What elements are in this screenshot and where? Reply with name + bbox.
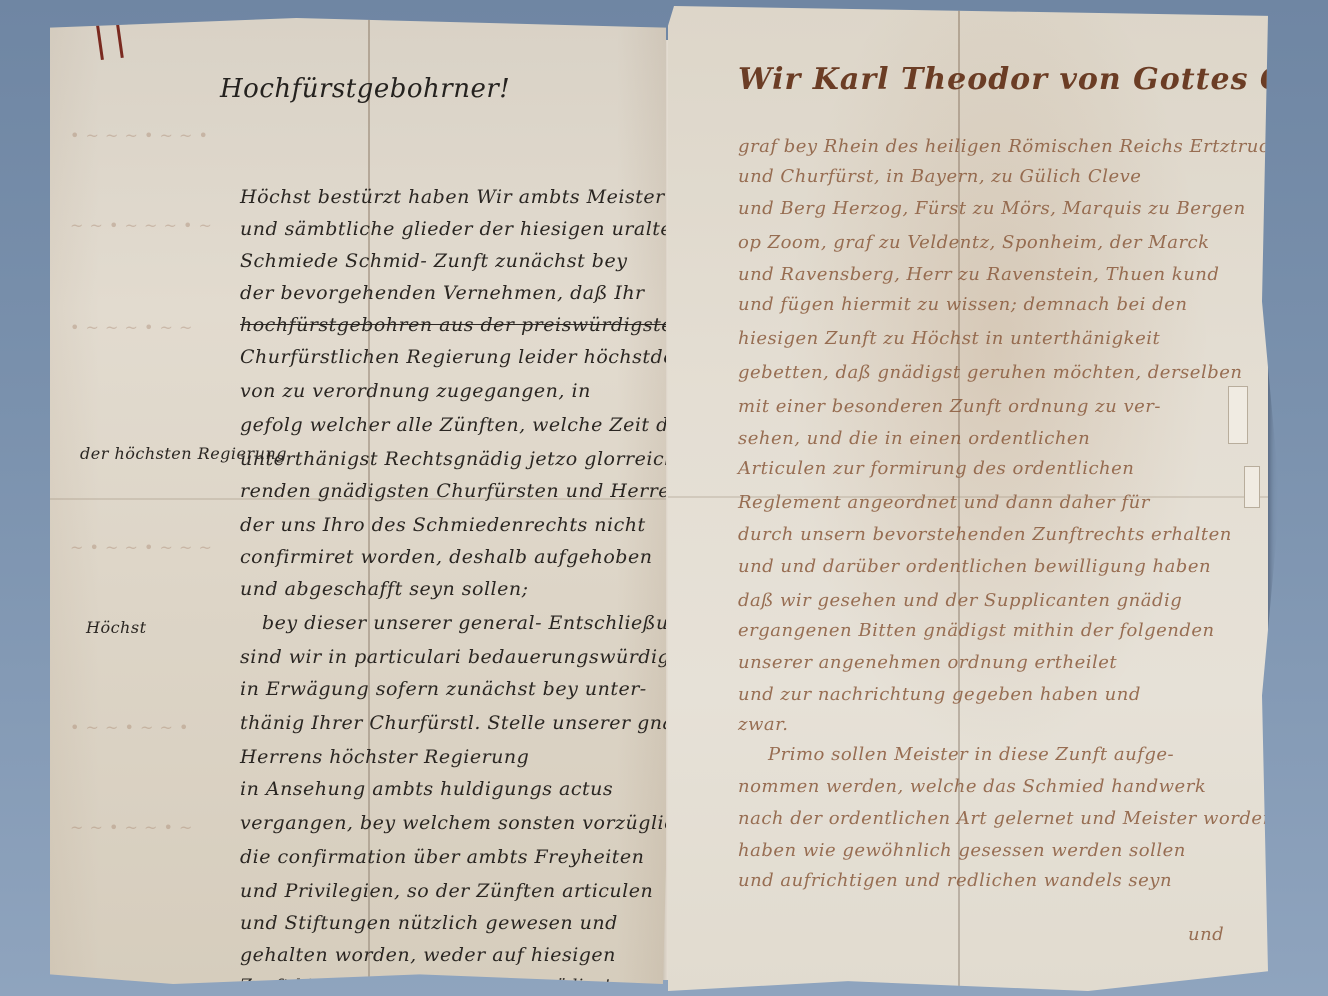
text-line-struck: hochfürstgebohren aus der preiswürdigste… [240,314,686,336]
text-line: hiesigen Zunft zu Höchst in unterthänigk… [738,328,1160,349]
text-line: und und darüber ordentlichen bewilligung… [738,556,1211,577]
text-line: Articulen zur formirung des ordentlichen [738,458,1134,479]
text-line: daß wir gesehen und der Supplicanten gnä… [738,590,1182,611]
margin-note: der höchsten Regierung [80,444,287,463]
text-line: und fügen hiermit zu wissen; demnach bei… [738,294,1187,315]
text-line: confirmiret worden, deshalb aufgehoben [240,546,652,568]
torn-paper-flap [1228,386,1248,444]
text-line: sehen, und die in einen ordentlichen [738,428,1090,449]
text-line: und Ravensberg, Herr zu Ravenstein, Thue… [738,264,1219,285]
text-line: und aufrichtigen und redlichen wandels s… [738,870,1172,891]
catchword: und [1188,924,1224,945]
document-heading: Wir Karl Theodor von Gottes Gnaden Pfalt… [738,62,1328,97]
text-line: graf bey Rhein des heiligen Römischen Re… [738,136,1322,157]
text-line: und Stiftungen nützlich gewesen und [240,912,618,934]
torn-paper-flap [1244,466,1260,508]
text-line: nach der ordentlichen Art gelernet und M… [738,808,1275,829]
text-line: nommen werden, welche das Schmied handwe… [738,776,1206,797]
text-line: der bevorgehenden Vernehmen, daß Ihr [240,282,645,304]
text-line: gehalten worden, weder auf hiesigen [240,944,616,966]
text-line: die confirmation über ambts Freyheiten [240,846,644,868]
text-line: und sämbtliche glieder der hiesigen ural… [240,218,685,240]
text-line: und Berg Herzog, Fürst zu Mörs, Marquis … [738,198,1246,219]
text-line: in Erwägung sofern zunächst bey unter- [240,678,647,700]
text-line: zwar. [738,714,788,735]
left-document-page: Hochfürstgebohrner! • ~ ~ ~ • ~ ~ • ~ ~ … [50,18,666,984]
text-line: und Privilegien, so der Zünften articule… [240,880,653,902]
text-line: Schmiede Schmid- Zunft zunächst bey [240,250,627,272]
text-line: Primo sollen Meister in diese Zunft aufg… [768,744,1174,765]
text-line: Reglement angeordnet und dann daher für [738,492,1150,513]
right-document-page: Wir Karl Theodor von Gottes Gnaden Pfalt… [668,6,1268,991]
text-line: und abgeschafft seyn sollen; [240,578,529,600]
text-line: Churfürstlichen Regierung leider höchstd… [240,346,696,368]
bleed-through-text: ~ ~ • ~ ~ ~ • ~ [70,216,212,235]
text-line: gebetten, daß gnädigst geruhen möchten, … [738,362,1242,383]
bleed-through-text: • ~ ~ ~ • ~ ~ • [70,126,208,145]
red-ink-mark [95,18,104,60]
margin-note: Höchst [86,618,147,637]
salutation: Hochfürstgebohrner! [220,74,510,104]
bleed-through-text: ~ • ~ ~ • ~ ~ ~ [70,538,212,557]
text-line: von zu verordnung zugegangen, in [240,380,591,402]
text-line: in Ansehung ambts huldigungs actus [240,778,613,800]
text-line: und zur nachrichtung gegeben haben und [738,684,1141,705]
text-line: gefolg welcher alle Zünften, welche Zeit… [240,414,690,436]
text-line: unserer angenehmen ordnung ertheilet [738,652,1117,673]
text-line: op Zoom, graf zu Veldentz, Sponheim, der… [738,232,1210,253]
text-line: der uns Ihro des Schmiedenrechts nicht [240,514,646,536]
text-line: vergangen, bey welchem sonsten vorzüglic… [240,812,688,834]
bleed-through-text: ~ ~ • ~ ~ • ~ [70,818,193,837]
text-line: sind wir in particulari bedauerungswürdi… [240,646,670,668]
text-line: Herrens höchster Regierung [240,746,529,768]
text-line: durch unsern bevorstehenden Zunftrechts … [738,524,1232,545]
text-line: ergangenen Bitten gnädigst mithin der fo… [738,620,1215,641]
bleed-through-text: • ~ ~ ~ • ~ ~ [70,318,193,337]
text-line: haben wie gewöhnlich gesessen werden sol… [738,840,1186,861]
text-line: und Churfürst, in Bayern, zu Gülich Clev… [738,166,1141,187]
text-line: Zunft bis auf diesen augenblick gnädigst [240,976,612,996]
text-line: mit einer besonderen Zunft ordnung zu ve… [738,396,1161,417]
text-line: bey dieser unserer general- Entschließun… [262,612,694,634]
red-ink-mark [115,18,124,58]
text-line: renden gnädigsten Churfürsten und Herren [240,480,683,502]
bleed-through-text: • ~ ~ • ~ ~ • [70,718,189,737]
text-line: Höchst bestürzt haben Wir ambts Meister [240,186,665,208]
